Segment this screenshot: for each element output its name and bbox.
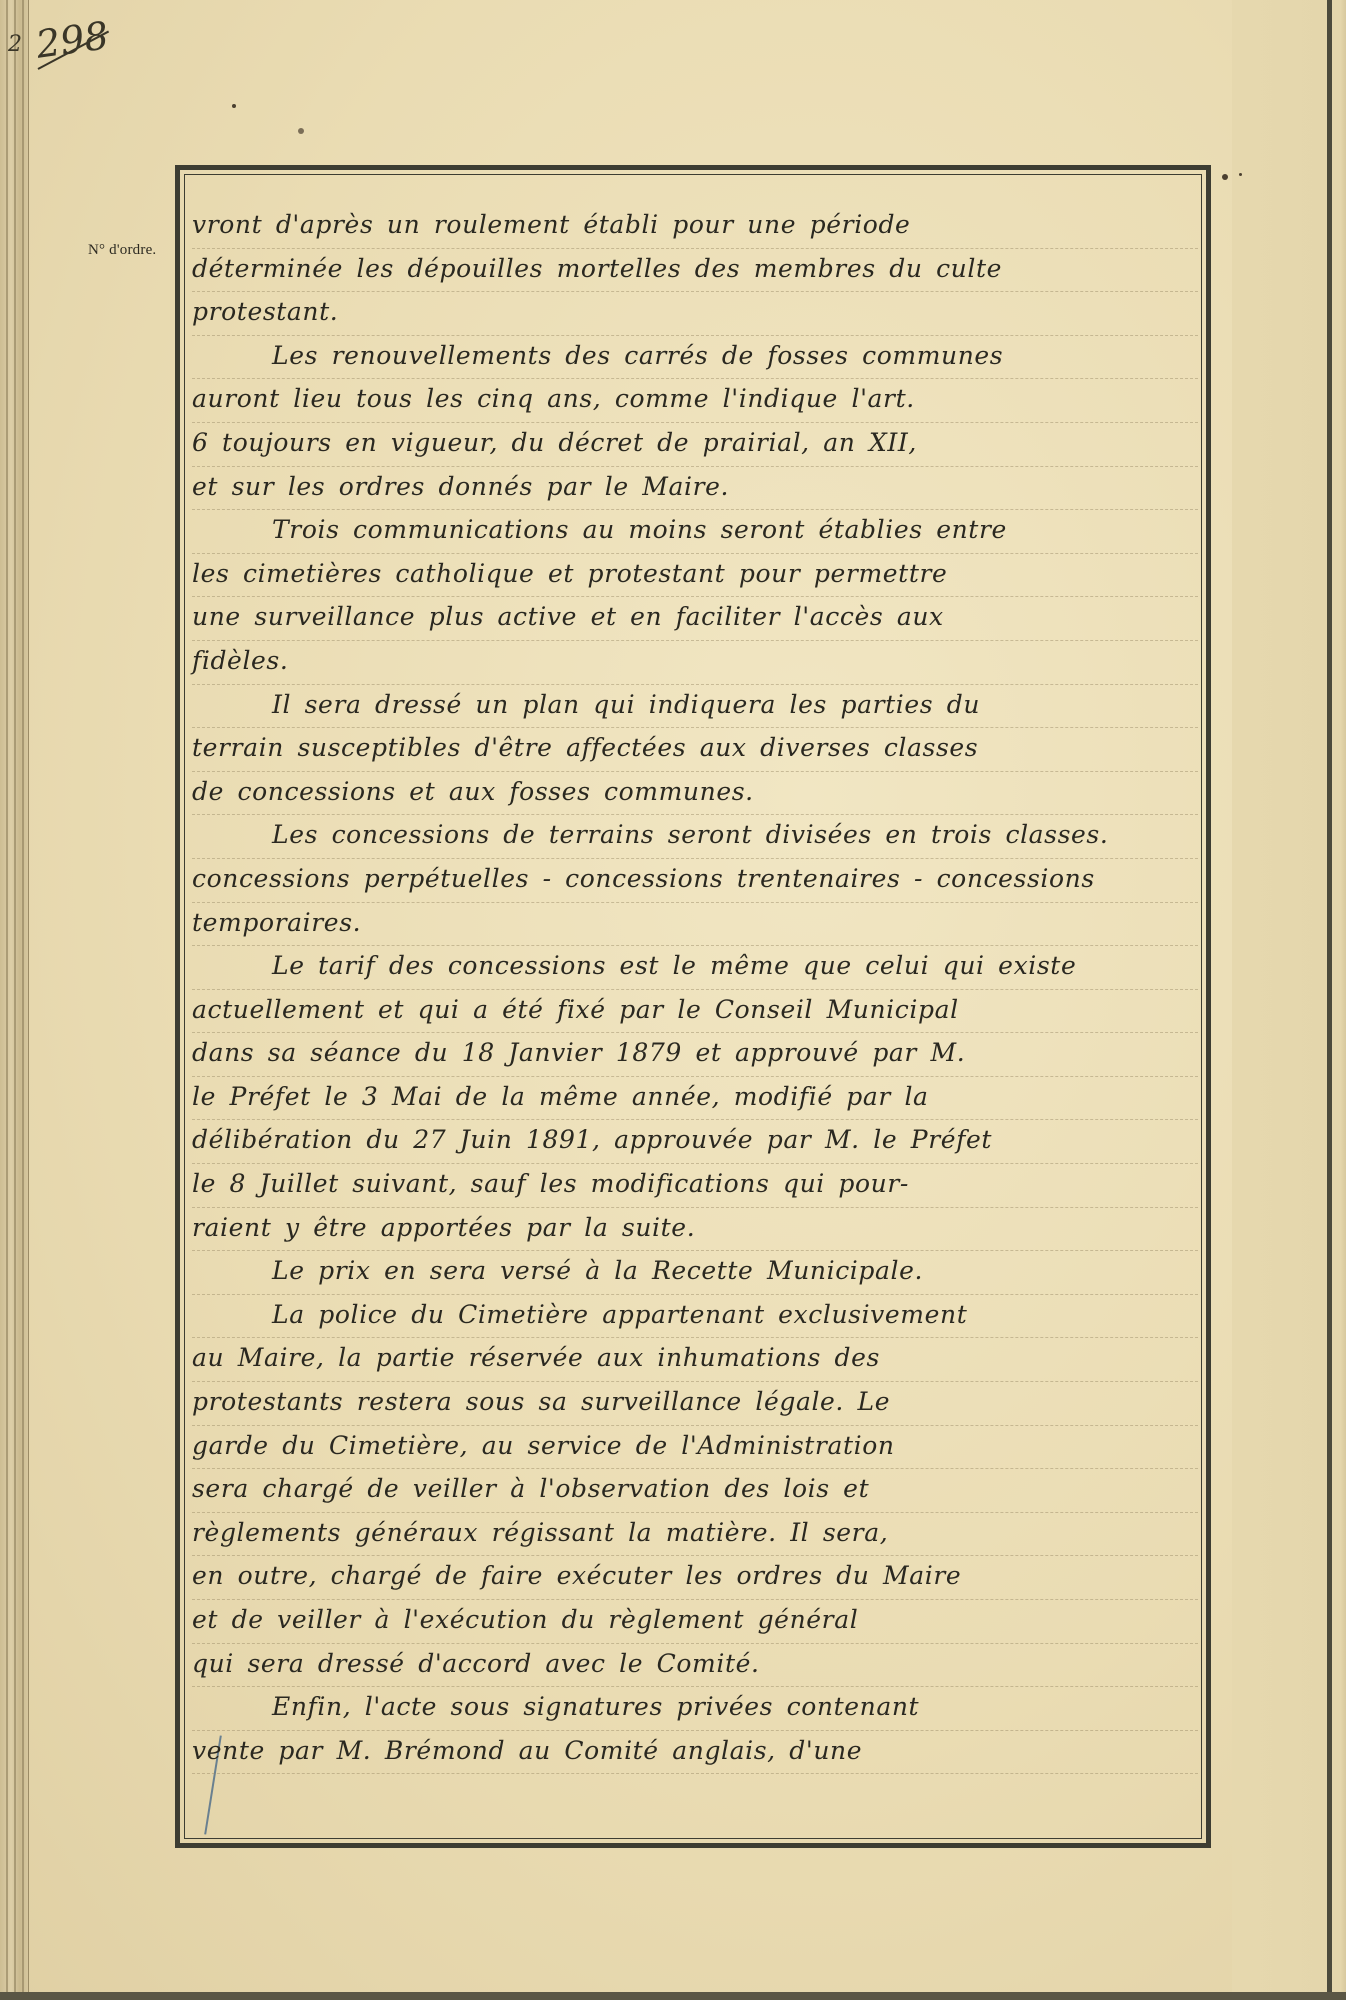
text-line: le 8 Juillet suivant, sauf les modificat…	[192, 1164, 1198, 1208]
text-line: en outre, chargé de faire exécuter les o…	[192, 1556, 1198, 1600]
text-line: concessions perpétuelles - concessions t…	[192, 859, 1198, 903]
text-line: fidèles.	[192, 641, 1198, 685]
spine-line	[6, 0, 8, 2000]
text-line: le Préfet le 3 Mai de la même année, mod…	[192, 1077, 1198, 1121]
text-line: délibération du 27 Juin 1891, approuvée …	[192, 1120, 1198, 1164]
text-line: règlements généraux régissant la matière…	[192, 1513, 1198, 1557]
text-line: Il sera dressé un plan qui indiquera les…	[192, 685, 1198, 729]
book-bottom-edge	[0, 1992, 1346, 2000]
text-line: Trois communications au moins seront éta…	[192, 510, 1198, 554]
text-line: sera chargé de veiller à l'observation d…	[192, 1469, 1198, 1513]
left-margin-mark: 2	[8, 32, 22, 57]
text-line: et de veiller à l'exécution du règlement…	[192, 1600, 1198, 1644]
text-line: terrain susceptibles d'être affectées au…	[192, 728, 1198, 772]
text-line: une surveillance plus active et en facil…	[192, 597, 1198, 641]
text-line: Le tarif des concessions est le même que…	[192, 946, 1198, 990]
text-line: garde du Cimetière, au service de l'Admi…	[192, 1426, 1198, 1470]
text-line: temporaires.	[192, 903, 1198, 947]
spine-line	[14, 0, 16, 2000]
text-line: protestant.	[192, 292, 1198, 336]
handwritten-text-body: vront d'après un roulement établi pour u…	[192, 205, 1198, 1774]
ink-speck	[1222, 174, 1228, 180]
ink-speck	[298, 128, 304, 134]
text-line: protestants restera sous sa surveillance…	[192, 1382, 1198, 1426]
text-line: de concessions et aux fosses communes.	[192, 772, 1198, 816]
ink-speck	[1239, 173, 1242, 176]
text-line: les cimetières catholique et protestant …	[192, 554, 1198, 598]
ink-speck	[232, 104, 236, 108]
text-line: vront d'après un roulement établi pour u…	[192, 205, 1198, 249]
text-line: raient y être apportées par la suite.	[192, 1208, 1198, 1252]
order-number-label: N° d'ordre.	[88, 242, 156, 259]
book-spine	[0, 0, 29, 2000]
text-line: déterminée les dépouilles mortelles des …	[192, 249, 1198, 293]
register-page: 2 298 N° d'ordre. vront d'après un roule…	[0, 0, 1346, 2000]
text-line: Le prix en sera versé à la Recette Munic…	[192, 1251, 1198, 1295]
text-line: auront lieu tous les cinq ans, comme l'i…	[192, 379, 1198, 423]
text-line: Les renouvellements des carrés de fosses…	[192, 336, 1198, 380]
text-line: au Maire, la partie réservée aux inhumat…	[192, 1338, 1198, 1382]
text-line: dans sa séance du 18 Janvier 1879 et app…	[192, 1033, 1198, 1077]
text-line: La police du Cimetière appartenant exclu…	[192, 1295, 1198, 1339]
text-line: qui sera dressé d'accord avec le Comité.	[192, 1644, 1198, 1688]
text-line: actuellement et qui a été fixé par le Co…	[192, 990, 1198, 1034]
text-line: Enfin, l'acte sous signatures privées co…	[192, 1687, 1198, 1731]
text-line: 6 toujours en vigueur, du décret de prai…	[192, 423, 1198, 467]
text-line: vente par M. Brémond au Comité anglais, …	[192, 1731, 1198, 1775]
page-number: 298	[33, 13, 111, 67]
spine-line	[22, 0, 24, 2000]
text-line: et sur les ordres donnés par le Maire.	[192, 467, 1198, 511]
text-line: Les concessions de terrains seront divis…	[192, 815, 1198, 859]
page-edge-line	[1327, 0, 1332, 2000]
